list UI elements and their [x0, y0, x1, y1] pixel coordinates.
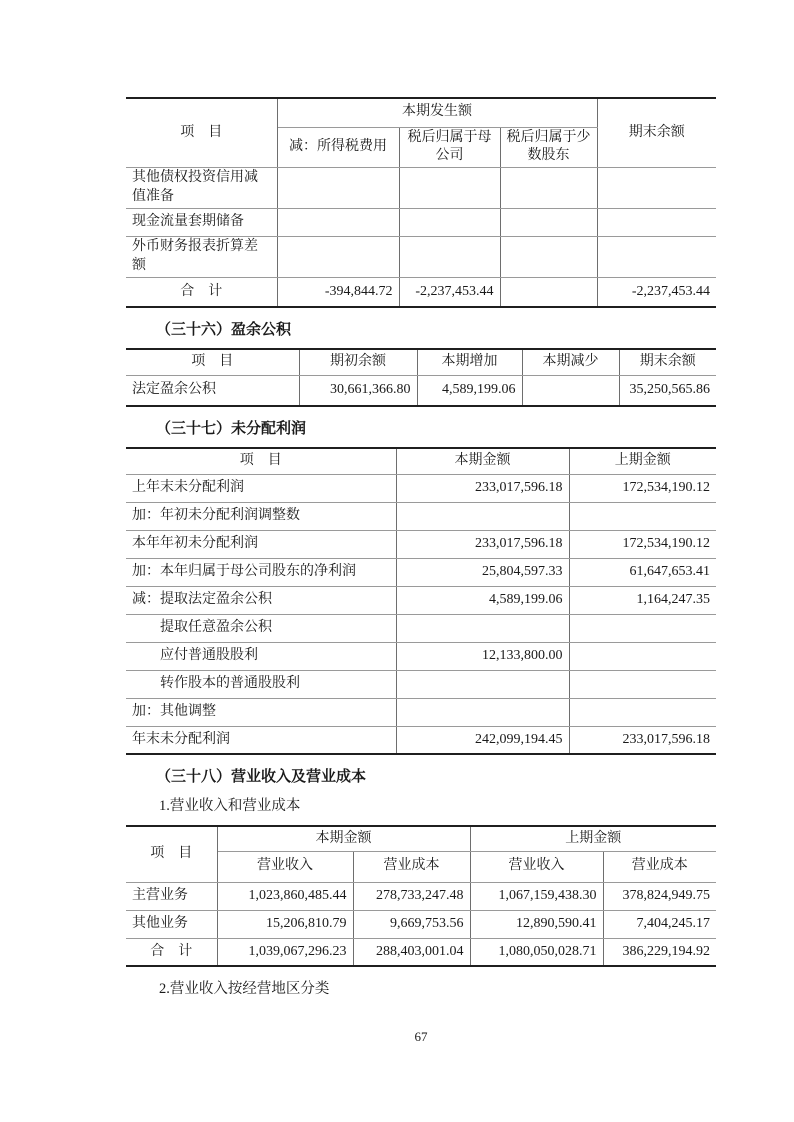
amount-cell	[569, 670, 716, 698]
amount-cell: 278,733,247.48	[353, 882, 470, 910]
table-row: 年末未分配利润 242,099,194.45 233,017,596.18	[126, 726, 716, 754]
item-cell: 上年末未分配利润	[126, 474, 396, 502]
column-header-less-income-tax: 减：所得税费用	[277, 127, 399, 168]
amount-cell	[396, 502, 569, 530]
amount-cell: 233,017,596.18	[396, 530, 569, 558]
subsection-1-title: 1.营业收入和营业成本	[159, 797, 716, 816]
item-cell: 年末未分配利润	[126, 726, 396, 754]
amount-cell: 1,039,067,296.23	[217, 938, 353, 966]
item-cell: 主营业务	[126, 882, 217, 910]
amount-cell	[277, 209, 399, 237]
column-header-item: 项 目	[126, 349, 299, 375]
amount-cell: 172,534,190.12	[569, 530, 716, 558]
surplus-reserve-table: 项 目 期初余额 本期增加 本期减少 期末余额 法定盈余公积 30,661,36…	[126, 348, 716, 407]
column-header-prior-amount: 上期金额	[569, 448, 716, 474]
header-row: 项 目 期初余额 本期增加 本期减少 期末余额	[126, 349, 716, 375]
table-row: 转作股本的普通股股利	[126, 670, 716, 698]
amount-cell: 35,250,565.86	[619, 375, 716, 406]
column-header-opening-balance: 期初余额	[299, 349, 417, 375]
column-header-period-decrease: 本期减少	[522, 349, 619, 375]
amount-cell	[597, 209, 716, 237]
item-cell: 加：年初未分配利润调整数	[126, 502, 396, 530]
report-page-content: 项 目 本期发生额 期末余额 减：所得税费用 税后归属于母公司 税后归属于少数股…	[126, 0, 716, 1045]
item-cell: 合 计	[126, 938, 217, 966]
amount-cell	[500, 168, 597, 209]
amount-cell	[597, 237, 716, 278]
amount-cell	[597, 168, 716, 209]
section-title-37: （三十七）未分配利润	[156, 419, 716, 439]
table-row: 外币财务报表折算差额	[126, 237, 716, 278]
total-row: 合 计 -394,844.72 -2,237,453.44 -2,237,453…	[126, 277, 716, 307]
amount-cell: 9,669,753.56	[353, 910, 470, 938]
amount-cell: 12,890,590.41	[470, 910, 603, 938]
comprehensive-income-table: 项 目 本期发生额 期末余额 减：所得税费用 税后归属于母公司 税后归属于少数股…	[126, 97, 716, 308]
amount-cell	[277, 237, 399, 278]
table-row: 加：本年归属于母公司股东的净利润 25,804,597.33 61,647,65…	[126, 558, 716, 586]
table-row: 现金流量套期储备	[126, 209, 716, 237]
column-header-prior-cost: 营业成本	[603, 851, 716, 882]
amount-cell: 4,589,199.06	[417, 375, 522, 406]
table-row: 应付普通股股利 12,133,800.00	[126, 642, 716, 670]
column-header-ending-balance: 期末余额	[597, 98, 716, 168]
table-row: 上年末未分配利润 233,017,596.18 172,534,190.12	[126, 474, 716, 502]
column-header-current-period-group: 本期发生额	[277, 98, 597, 127]
amount-cell: 1,023,860,485.44	[217, 882, 353, 910]
undistributed-profit-table: 项 目 本期金额 上期金额 上年末未分配利润 233,017,596.18 17…	[126, 447, 716, 755]
table-row: 减：提取法定盈余公积 4,589,199.06 1,164,247.35	[126, 586, 716, 614]
header-row: 项 目 本期金额 上期金额	[126, 826, 716, 851]
item-cell: 提取任意盈余公积	[126, 614, 396, 642]
table-row: 提取任意盈余公积	[126, 614, 716, 642]
table-row: 其他债权投资信用减值准备	[126, 168, 716, 209]
amount-cell	[569, 502, 716, 530]
revenue-cost-table: 项 目 本期金额 上期金额 营业收入 营业成本 营业收入 营业成本 主营业务 1…	[126, 825, 716, 967]
item-cell: 其他业务	[126, 910, 217, 938]
amount-cell: 1,164,247.35	[569, 586, 716, 614]
item-cell: 应付普通股股利	[126, 642, 396, 670]
amount-cell: 12,133,800.00	[396, 642, 569, 670]
amount-cell	[399, 209, 500, 237]
amount-cell: 1,067,159,438.30	[470, 882, 603, 910]
total-row: 合 计 1,039,067,296.23 288,403,001.04 1,08…	[126, 938, 716, 966]
column-header-after-tax-minority: 税后归属于少数股东	[500, 127, 597, 168]
amount-cell: 233,017,596.18	[396, 474, 569, 502]
table-row: 主营业务 1,023,860,485.44 278,733,247.48 1,0…	[126, 882, 716, 910]
amount-cell: 30,661,366.80	[299, 375, 417, 406]
table-row: 本年年初未分配利润 233,017,596.18 172,534,190.12	[126, 530, 716, 558]
header-row: 项 目 本期金额 上期金额	[126, 448, 716, 474]
section-title-36: （三十六）盈余公积	[156, 320, 716, 340]
item-cell: 外币财务报表折算差额	[126, 237, 277, 278]
item-cell: 加：其他调整	[126, 698, 396, 726]
table-row: 法定盈余公积 30,661,366.80 4,589,199.06 35,250…	[126, 375, 716, 406]
amount-cell	[569, 642, 716, 670]
column-header-prior-group: 上期金额	[470, 826, 716, 851]
column-header-item: 项 目	[126, 98, 277, 168]
column-header-current-amount: 本期金额	[396, 448, 569, 474]
table-row: 加：年初未分配利润调整数	[126, 502, 716, 530]
amount-cell: 4,589,199.06	[396, 586, 569, 614]
item-cell: 加：本年归属于母公司股东的净利润	[126, 558, 396, 586]
item-cell: 减：提取法定盈余公积	[126, 586, 396, 614]
amount-cell	[277, 168, 399, 209]
column-header-current-group: 本期金额	[217, 826, 470, 851]
amount-cell	[399, 168, 500, 209]
amount-cell: 172,534,190.12	[569, 474, 716, 502]
page-number: 67	[126, 1029, 716, 1045]
item-cell: 法定盈余公积	[126, 375, 299, 406]
item-cell: 本年年初未分配利润	[126, 530, 396, 558]
amount-cell: 386,229,194.92	[603, 938, 716, 966]
amount-cell	[569, 698, 716, 726]
amount-cell	[399, 237, 500, 278]
column-header-current-revenue: 营业收入	[217, 851, 353, 882]
table-row: 加：其他调整	[126, 698, 716, 726]
item-cell: 其他债权投资信用减值准备	[126, 168, 277, 209]
amount-cell: -394,844.72	[277, 277, 399, 307]
column-header-item: 项 目	[126, 448, 396, 474]
amount-cell	[396, 698, 569, 726]
column-header-ending-balance: 期末余额	[619, 349, 716, 375]
amount-cell: -2,237,453.44	[399, 277, 500, 307]
header-row: 项 目 本期发生额 期末余额	[126, 98, 716, 127]
amount-cell: 288,403,001.04	[353, 938, 470, 966]
amount-cell: 25,804,597.33	[396, 558, 569, 586]
subsection-2-title: 2.营业收入按经营地区分类	[159, 980, 716, 999]
amount-cell	[522, 375, 619, 406]
amount-cell	[396, 670, 569, 698]
amount-cell	[500, 277, 597, 307]
amount-cell: -2,237,453.44	[597, 277, 716, 307]
amount-cell	[569, 614, 716, 642]
item-cell: 合 计	[126, 277, 277, 307]
column-header-after-tax-parent: 税后归属于母公司	[399, 127, 500, 168]
amount-cell: 1,080,050,028.71	[470, 938, 603, 966]
amount-cell: 233,017,596.18	[569, 726, 716, 754]
amount-cell: 7,404,245.17	[603, 910, 716, 938]
section-title-38: （三十八）营业收入及营业成本	[156, 767, 716, 787]
column-header-current-cost: 营业成本	[353, 851, 470, 882]
item-cell: 现金流量套期储备	[126, 209, 277, 237]
column-header-prior-revenue: 营业收入	[470, 851, 603, 882]
amount-cell: 378,824,949.75	[603, 882, 716, 910]
amount-cell: 61,647,653.41	[569, 558, 716, 586]
amount-cell	[500, 237, 597, 278]
amount-cell: 242,099,194.45	[396, 726, 569, 754]
amount-cell	[396, 614, 569, 642]
table-row: 其他业务 15,206,810.79 9,669,753.56 12,890,5…	[126, 910, 716, 938]
column-header-period-increase: 本期增加	[417, 349, 522, 375]
item-cell: 转作股本的普通股股利	[126, 670, 396, 698]
amount-cell	[500, 209, 597, 237]
column-header-item: 项 目	[126, 826, 217, 882]
amount-cell: 15,206,810.79	[217, 910, 353, 938]
